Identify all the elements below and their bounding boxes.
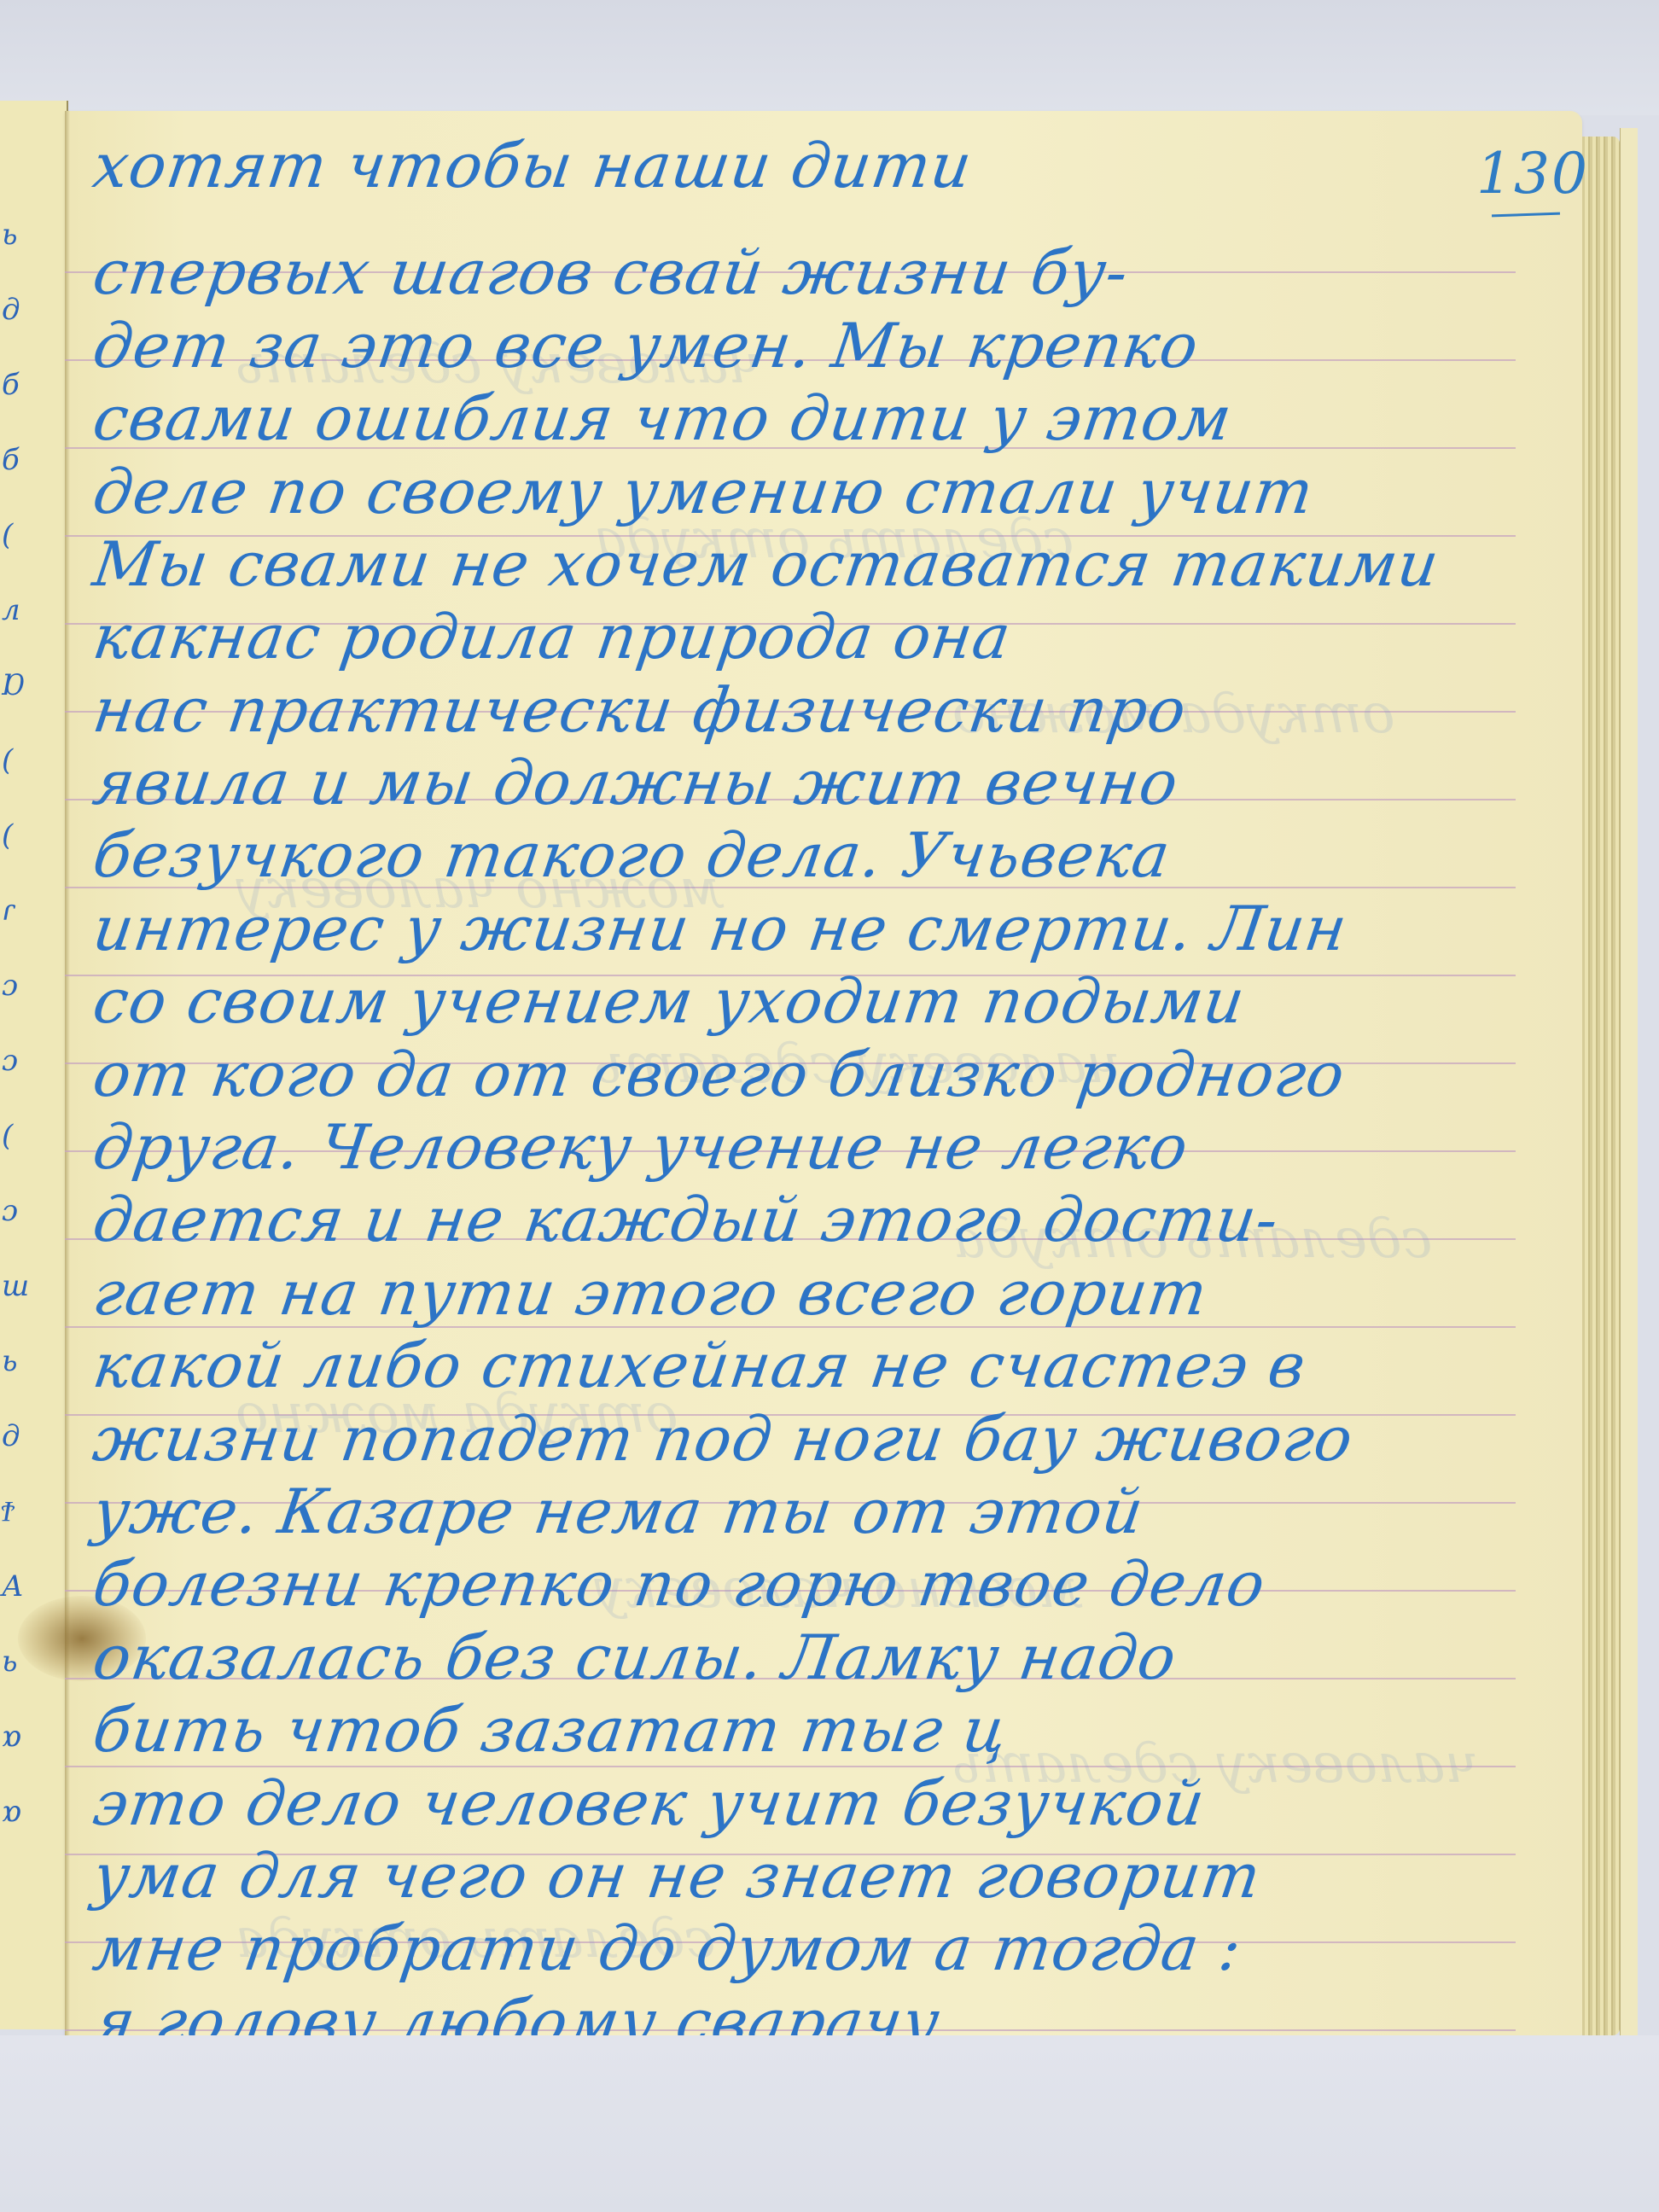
facing-page-letter: ( (2, 1121, 13, 1150)
facing-page-letter: ( (2, 821, 13, 850)
handwritten-line: дет за это все умен. Мы крепко (90, 315, 1202, 376)
facing-page-letter: д (2, 1422, 20, 1451)
handwritten-line: спервых шагов свай жизни бу- (90, 242, 1132, 303)
facing-page-letter: ь (2, 1647, 18, 1676)
facing-page-letter: ɔ (2, 1046, 18, 1075)
facing-page-letter: Ɒ (2, 671, 25, 700)
handwritten-line: свами ошиблия что дити у этом (90, 387, 1236, 449)
handwritten-line: гает на пути этого всего горит (90, 1262, 1212, 1324)
facing-page-letter: ( (2, 521, 13, 550)
facing-page-letter: ɒ (2, 1797, 21, 1826)
facing-page-letter: б (2, 445, 20, 474)
handwritten-line: Мы свами не хочем оставатся такими (90, 533, 1443, 595)
facing-page-letter: ( (2, 746, 13, 775)
handwritten-line: какнас родила природа она (90, 606, 1015, 667)
handwritten-line: жизни попадет под ноги бау живого (90, 1408, 1357, 1470)
handwritten-line: со своим учением уходит подыми (90, 970, 1249, 1032)
handwritten-line: бить чтоб зазатат тыг ц (90, 1699, 1011, 1761)
handwritten-line: интерес у жизни но не смерти. Лин (90, 898, 1351, 959)
handwritten-line: уже. Казаре нема ты от этой (90, 1481, 1148, 1542)
facing-page-letter: ш (2, 1272, 29, 1301)
handwritten-line: хотят чтобы наши дити (90, 135, 976, 196)
handwritten-line: друга. Человеку учение не легко (90, 1116, 1192, 1178)
handwritten-line: явила и мы должны жит вечно (90, 752, 1182, 813)
facing-page-letter: ь (2, 220, 18, 249)
background-top (0, 0, 1659, 115)
handwritten-line: от кого да от своего близко родного (90, 1044, 1349, 1105)
facing-page-letter: Ϯ (2, 1497, 13, 1526)
facing-page-letter: ь (2, 1347, 18, 1376)
facing-page-letter: д (2, 295, 20, 324)
handwritten-line: безучкого такого дела. Учьвека (90, 824, 1174, 886)
binding-crease (65, 111, 70, 2041)
facing-page-letter: ɔ (2, 1196, 18, 1225)
handwritten-line: какой либо стихейная не счастеэ в (90, 1335, 1310, 1396)
handwritten-line: нас практически физически про (90, 679, 1190, 741)
background-bottom (0, 2035, 1659, 2212)
facing-page-letter: б (2, 370, 20, 399)
facing-page-letter: л (2, 596, 20, 625)
handwritten-line: это дело человек учит безучкой (90, 1773, 1208, 1834)
facing-page-letter: ɒ (2, 1722, 21, 1751)
page-number: 130 (1476, 141, 1589, 207)
handwritten-line: деле по своему умению стали учит (90, 461, 1318, 522)
facing-page-letter: ɾ (2, 896, 15, 925)
handwritten-line: мне пробрати до думом а тогда : (90, 1918, 1245, 1979)
facing-page-letter: ɔ (2, 971, 18, 1000)
handwritten-line: оказалась без силы. Ламку надо (90, 1627, 1180, 1688)
handwritten-line: дается и не каждый этого дости- (90, 1189, 1283, 1250)
facing-page-letter: А (2, 1572, 24, 1601)
handwritten-line: болезни крепко по горю твое дело (90, 1553, 1269, 1615)
page-edge-stack (1582, 137, 1620, 2035)
facing-page-strip: ьдбб(лⱰ((ɾɔɔ(ɔшьдϮАьɒɒ (0, 101, 68, 2029)
next-page-edge (1620, 128, 1638, 2040)
handwritten-line: ума для чего он не знает говорит (90, 1845, 1265, 1906)
